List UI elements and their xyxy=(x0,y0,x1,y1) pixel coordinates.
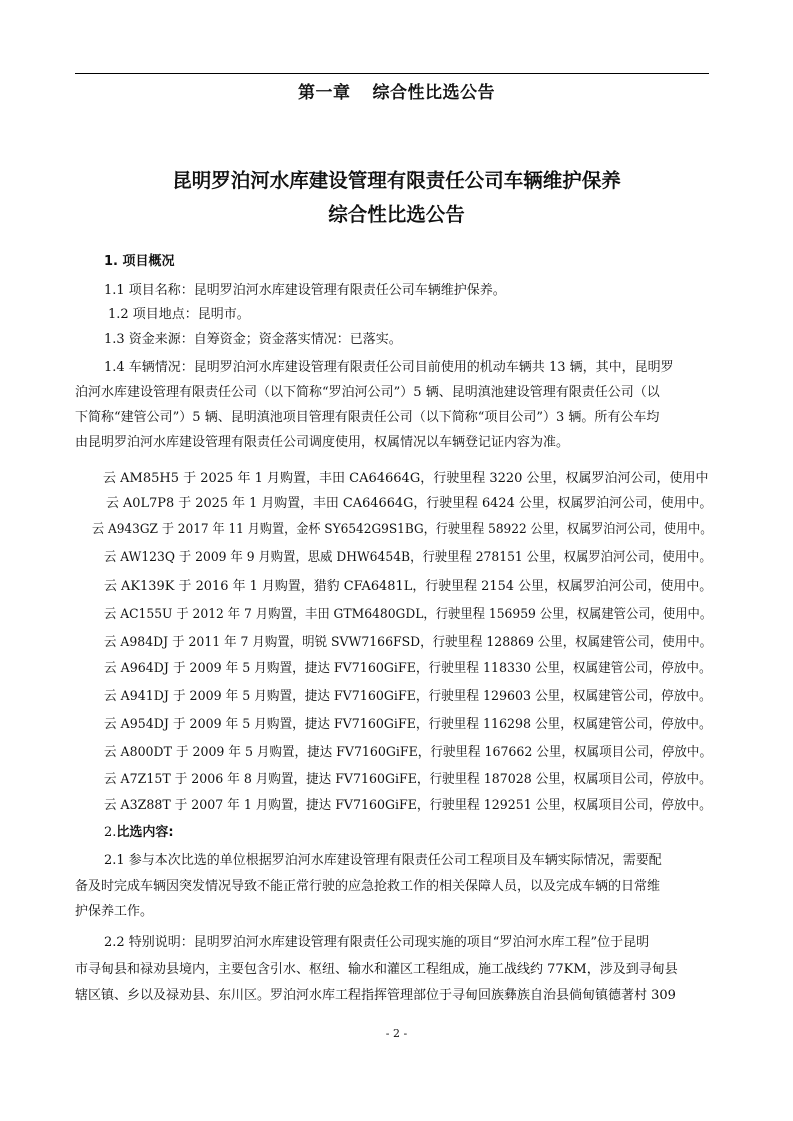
section2-title: 比选内容: xyxy=(116,825,173,840)
document-title-line1: 昆明罗泊河水库建设管理有限责任公司车辆维护保养 xyxy=(0,165,793,193)
vehicle-entry: 云 A964DJ 于 2009 年 5 月购置，捷达 FV7160GiFE，行驶… xyxy=(104,660,712,678)
vehicle-entry: 云 A941DJ 于 2009 年 5 月购置，捷达 FV7160GiFE，行驶… xyxy=(104,688,712,706)
document-title-line2: 综合性比选公告 xyxy=(0,199,793,227)
item-1-1: 1.1 项目名称：昆明罗泊河水库建设管理有限责任公司车辆维护保养。 xyxy=(104,282,506,300)
chapter-title: 综合性比选公告 xyxy=(373,83,496,103)
vehicle-entry: 云 A7Z15T 于 2006 年 8 月购置，捷达 FV7160GiFE，行驶… xyxy=(104,771,712,789)
section1-heading: 1. 项目概况 xyxy=(104,253,175,271)
vehicle-entry: 云 A954DJ 于 2009 年 5 月购置，捷达 FV7160GiFE，行驶… xyxy=(104,716,712,734)
vehicle-entry: 云 A3Z88T 于 2007 年 1 月购置，捷达 FV7160GiFE，行驶… xyxy=(104,797,712,815)
page-number: - 2 - xyxy=(0,1027,793,1040)
item-2-2-line: 2.2 特别说明：昆明罗泊河水库建设管理有限责任公司现实施的项目“罗泊河水库工程… xyxy=(104,934,649,952)
header-rule xyxy=(75,73,709,74)
item-1-4-line: 下简称“建管公司”）5 辆、昆明滇池项目管理有限责任公司（以下简称“项目公司”）… xyxy=(75,409,659,427)
item-1-3: 1.3 资金来源：自筹资金；资金落实情况：已落实。 xyxy=(104,331,402,349)
item-2-2-line: 辖区镇、乡以及禄劝县、东川区。罗泊河水库工程指挥管理部位于寻甸回族彝族自治县倘甸… xyxy=(75,987,676,1005)
vehicle-entry: 云 A0L7P8 于 2025 年 1 月购置，丰田 CA64664G，行驶里程… xyxy=(106,495,712,513)
vehicle-entry: 云 A800DT 于 2009 年 5 月购置，捷达 FV7160GiFE，行驶… xyxy=(104,744,712,762)
vehicle-entry: 云 AK139K 于 2016 年 1 月购置，猎豹 CFA6481L，行驶里程… xyxy=(104,578,712,596)
section2-heading: 2.比选内容: xyxy=(104,824,174,842)
section2-number: 2. xyxy=(104,825,116,840)
item-2-2-line: 市寻甸县和禄劝县境内，主要包含引水、枢纽、输水和灌区工程组成，施工战线约 77K… xyxy=(75,961,678,979)
vehicle-entry: 云 A984DJ 于 2011 年 7 月购置，明锐 SVW7166FSD，行驶… xyxy=(104,634,712,652)
item-1-4-line: 泊河水库建设管理有限责任公司（以下简称“罗泊河公司”）5 辆、昆明滇池建设管理有… xyxy=(75,384,660,402)
vehicle-entry: 云 A943GZ 于 2017 年 11 月购置，金杯 SY6542G9S1BG… xyxy=(92,521,712,539)
item-2-1-line: 护保养工作。 xyxy=(75,903,153,921)
item-1-4-line: 由昆明罗泊河水库建设管理有限责任公司调度使用，权属情况以车辆登记证内容为准。 xyxy=(75,434,569,452)
item-2-1-line: 2.1 参与本次比选的单位根据罗泊河水库建设管理有限责任公司工程项目及车辆实际情… xyxy=(104,852,662,870)
chapter-number: 第一章 xyxy=(298,83,351,103)
vehicle-entry: 云 AC155U 于 2012 年 7 月购置，丰田 GTM6480GDL，行驶… xyxy=(104,606,712,624)
item-1-2: 1.2 项目地点：昆明市。 xyxy=(108,306,250,324)
vehicle-entry: 云 AW123Q 于 2009 年 9 月购置，思威 DHW6454B，行驶里程… xyxy=(104,549,712,567)
vehicle-entry: 云 AM85H5 于 2025 年 1 月购置，丰田 CA64664G，行驶里程… xyxy=(103,470,709,488)
item-2-1-line: 备及时完成车辆因突发情况导致不能正常行驶的应急抢救工作的相关保障人员，以及完成车… xyxy=(75,878,660,896)
chapter-heading: 第一章综合性比选公告 xyxy=(0,78,793,103)
item-1-4-line: 1.4 车辆情况：昆明罗泊河水库建设管理有限责任公司目前使用的机动车辆共 13 … xyxy=(104,359,674,377)
